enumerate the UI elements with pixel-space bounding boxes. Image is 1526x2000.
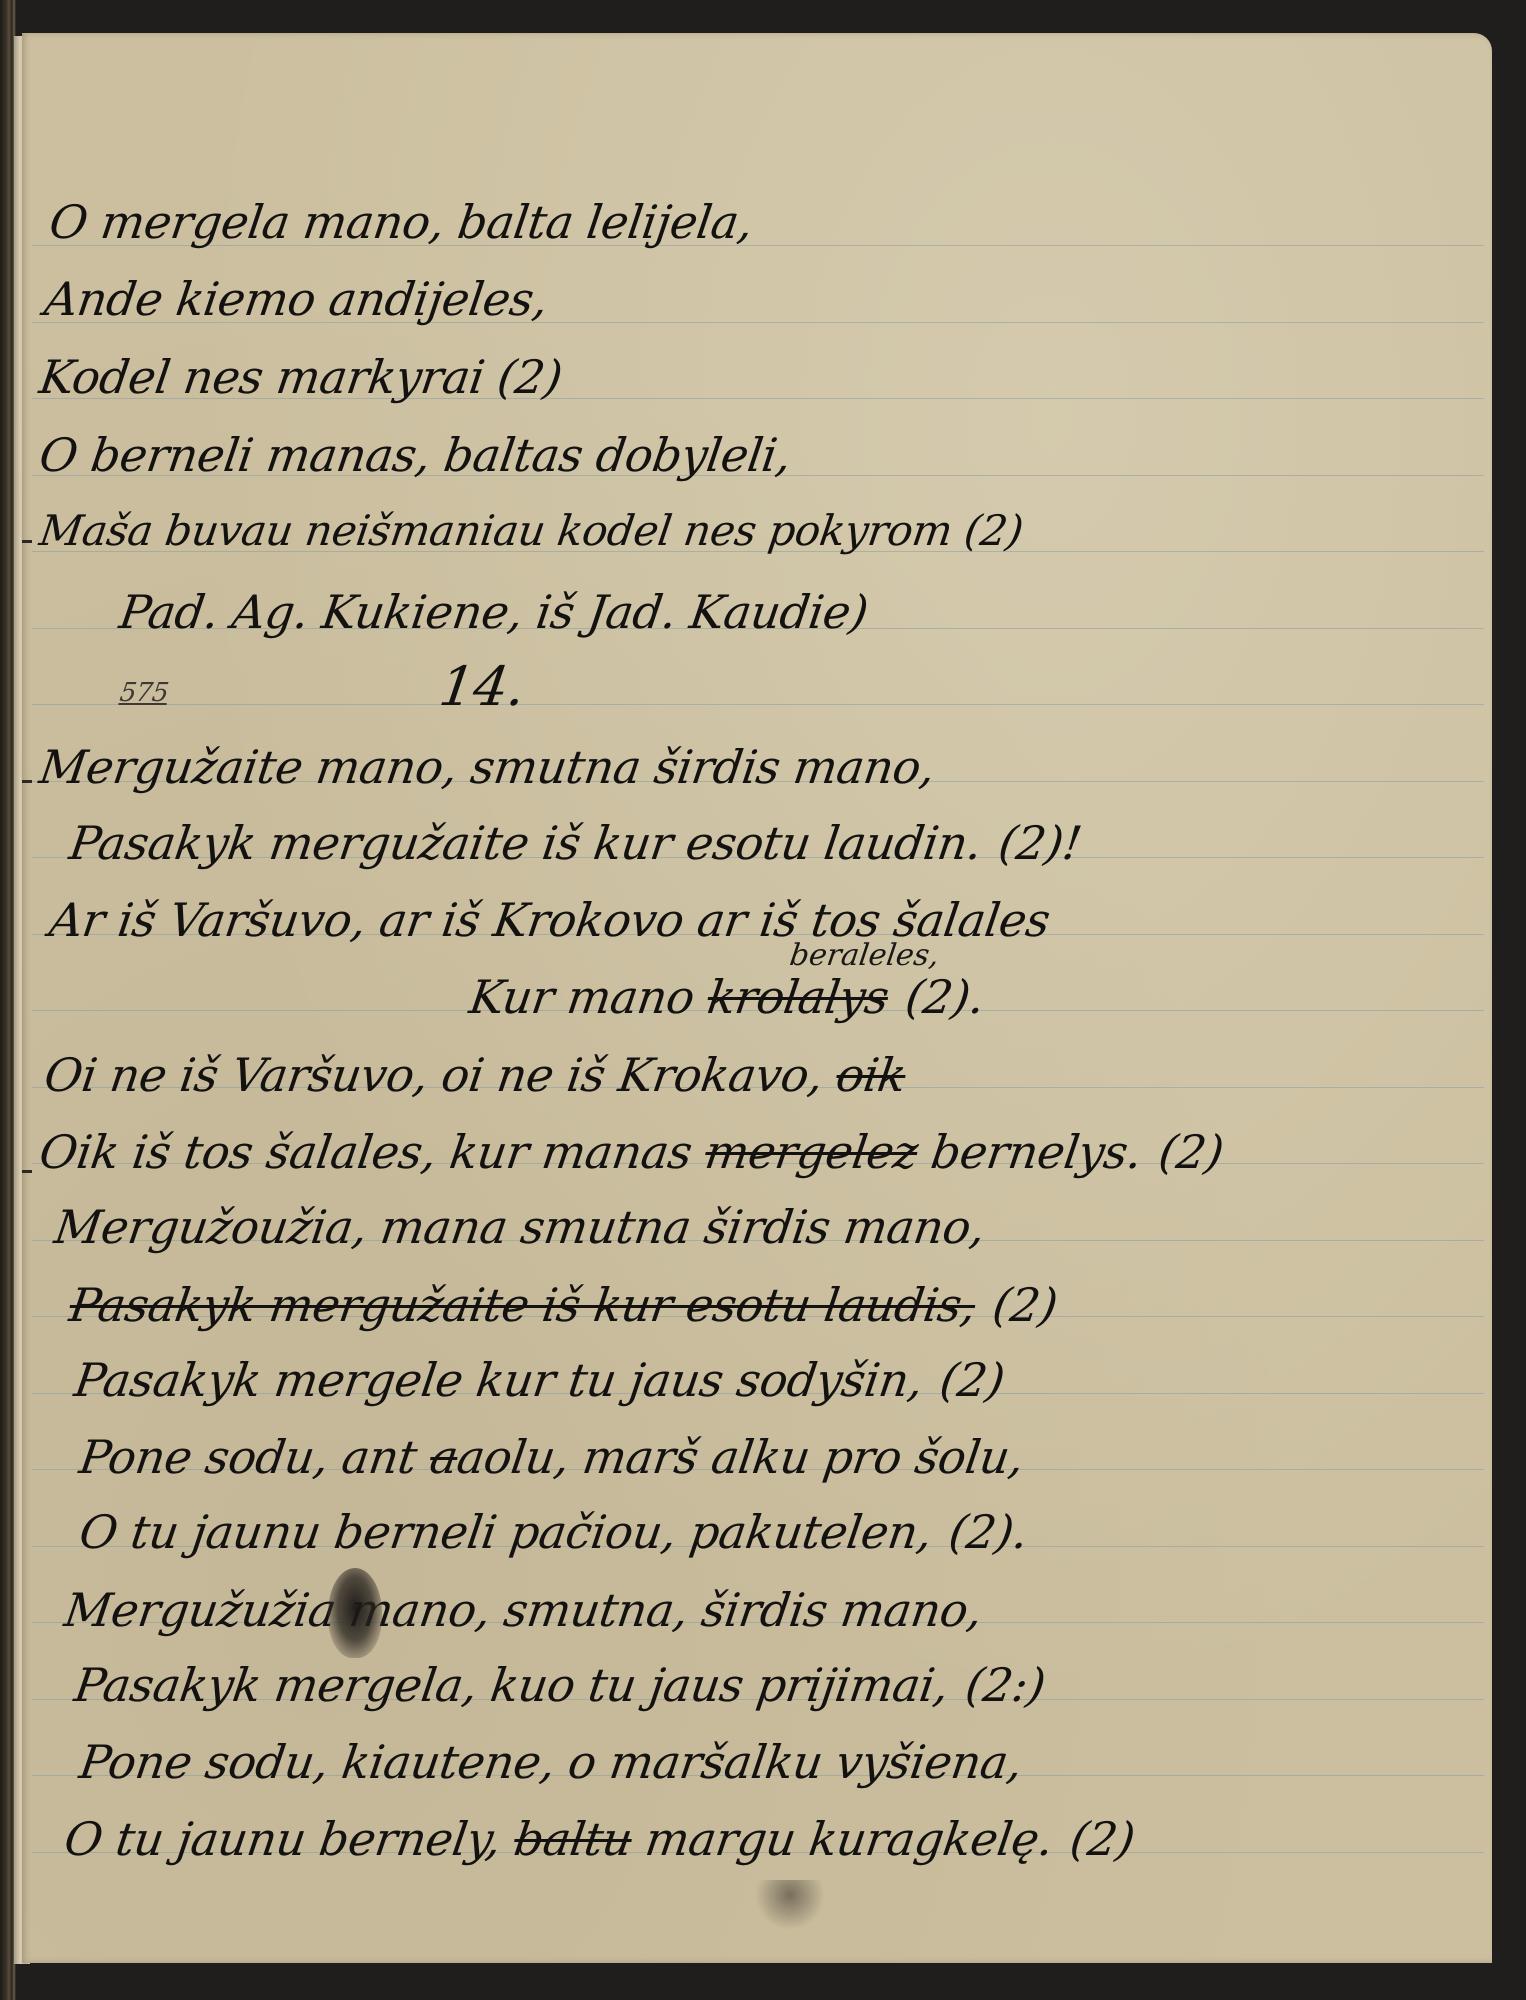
line-text: Pasakyk mergele kur tu jaus sodyšin, — [71, 1353, 926, 1407]
struck-text: krolalys — [704, 970, 892, 1024]
margin-mark — [22, 780, 32, 783]
struck-text: baltu — [511, 1812, 636, 1866]
line-text: Pone sodu, ant — [76, 1430, 434, 1484]
song14-line-13: Pasakyk mergela, kuo tu jaus prijimai,(2… — [71, 1658, 1048, 1712]
song13-line-5: Maša buvau neišmaniau kodel nes pokyrom … — [37, 506, 1027, 555]
repeat-mark: (2) — [989, 1278, 1060, 1332]
line-text: Mergužužia mano, smutna, širdis mano, — [61, 1583, 985, 1637]
repeat-mark: (2) — [937, 1353, 1008, 1407]
song14-line-7: Mergužoužia, mana smutna širdis mano, — [51, 1200, 988, 1254]
song14-line-6: Oik iš tos šalales, kur manas mergelez b… — [36, 1125, 1227, 1179]
song13-line-3: Kodel nes markyrai (2) — [36, 350, 565, 404]
line-text: Oi ne iš Varšuvo, oi ne iš Krokavo, — [41, 1048, 840, 1102]
line-text: Mergužaite mano, smutna širdis mano, — [36, 740, 938, 794]
line-text: margu kuragkelę. — [628, 1812, 1056, 1866]
line-text: Pasakyk mergela, kuo tu jaus prijimai, — [71, 1658, 952, 1712]
archive-number: 575 — [118, 678, 170, 708]
margin-mark — [22, 540, 32, 543]
song14-line-12: Mergužužia mano, smutna, širdis mano, — [61, 1583, 985, 1637]
repeat-mark: (2). — [946, 1505, 1031, 1559]
margin-mark — [22, 1170, 32, 1173]
struck-text: Pasakyk mergužaite iš kur esotu laudis, — [66, 1278, 979, 1332]
line-text: Pasakyk mergužaite iš kur esotu laudin. — [66, 816, 985, 870]
line-text: Kur mano — [466, 970, 712, 1024]
song14-line-4: Kur mano krolalys(2). — [466, 970, 987, 1024]
line-text: Pone sodu, kiautene, o maršalku vyšiena, — [76, 1735, 1025, 1789]
repeat-mark: (2:) — [962, 1658, 1048, 1712]
song14-line-15: O tu jaunu bernely, baltu margu kuragkel… — [61, 1812, 1138, 1866]
repeat-mark: (2)! — [995, 816, 1084, 870]
song13-attribution: Pad. Ag. Kukiene, iš Jad. Kaudie) — [116, 585, 871, 639]
song13-line-4: O berneli manas, baltas dobyleli, — [36, 428, 794, 482]
inserted-word: beraleles, — [788, 938, 942, 973]
song14-line-14: Pone sodu, kiautene, o maršalku vyšiena, — [76, 1735, 1025, 1789]
song14-line-5: Oi ne iš Varšuvo, oi ne iš Krokavo, oik — [41, 1048, 909, 1102]
song14-line-1: Mergužaite mano, smutna širdis mano, — [36, 740, 938, 794]
song-number: 14. — [436, 655, 529, 718]
ink-smear — [755, 1880, 825, 1930]
line-text: Mergužoužia, mana smutna širdis mano, — [51, 1200, 988, 1254]
song14-line-2: Pasakyk mergužaite iš kur esotu laudin.(… — [66, 816, 1085, 870]
song14-line-11: O tu jaunu berneli pačiou, pakutelen,(2)… — [76, 1505, 1031, 1559]
line-text: aolu, marš alku pro šolu, — [454, 1430, 1027, 1484]
line-text: O tu jaunu berneli pačiou, pakutelen, — [76, 1505, 935, 1559]
repeat-mark: (2) — [1156, 1125, 1227, 1179]
repeat-mark: (2). — [902, 970, 987, 1024]
ink-blot — [328, 1568, 382, 1658]
repeat-mark: (2) — [1067, 1812, 1138, 1866]
struck-text: mergelez — [702, 1125, 921, 1179]
song14-line-8: Pasakyk mergužaite iš kur esotu laudis,(… — [66, 1278, 1061, 1332]
struck-text: oik — [833, 1048, 909, 1102]
song13-line-1: O mergela mano, balta lelijela, — [46, 195, 756, 249]
song13-line-2: Ande kiemo andijeles, — [41, 272, 551, 326]
song14-line-9: Pasakyk mergele kur tu jaus sodyšin,(2) — [71, 1353, 1008, 1407]
song14-line-10: Pone sodu, ant aaolu, marš alku pro šolu… — [76, 1430, 1027, 1484]
line-text: O tu jaunu bernely, — [61, 1812, 518, 1866]
line-text: bernelys. — [914, 1125, 1146, 1179]
ruled-line — [32, 704, 1484, 705]
line-text: Oik iš tos šalales, kur manas — [36, 1125, 709, 1179]
